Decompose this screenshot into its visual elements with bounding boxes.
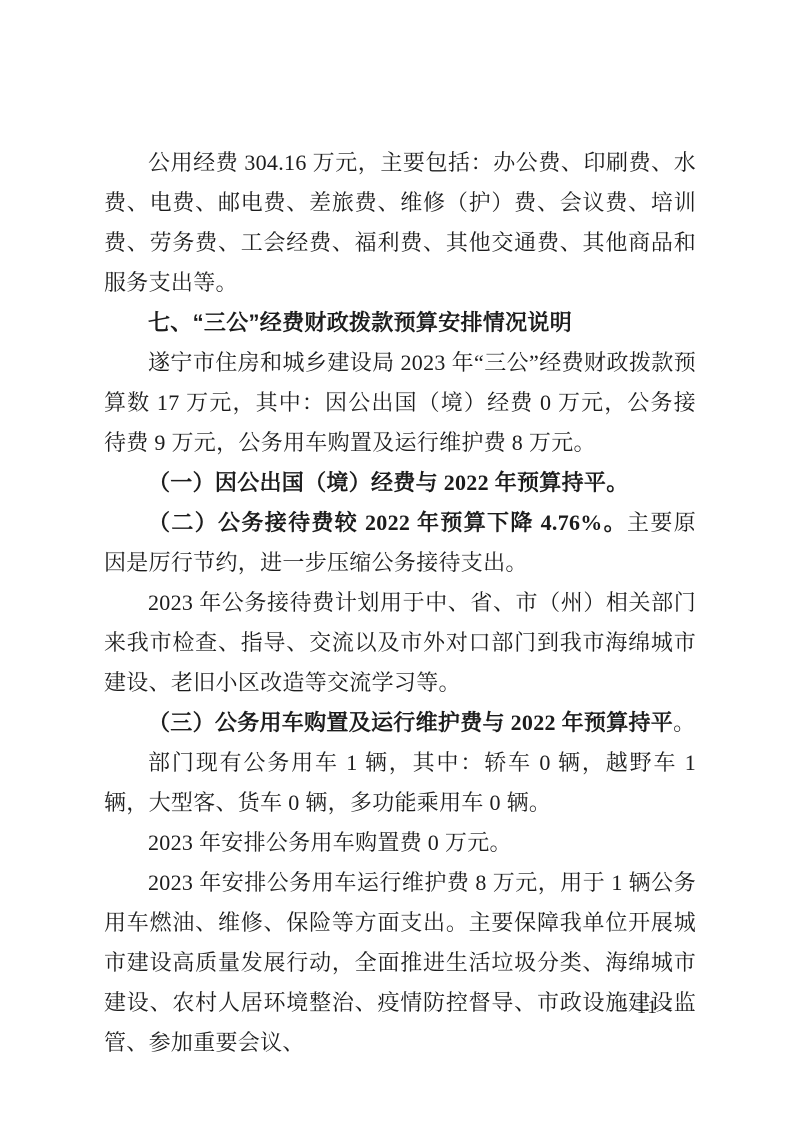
- subheading-item2-reception-bold: （二）公务接待费较 2022 年预算下降 4.76%。: [148, 510, 627, 535]
- item3-period: 。: [673, 710, 695, 735]
- paragraph-budget-overview: 遂宁市住房和城乡建设局 2023 年“三公”经费财政拨款预算数 17 万元，其中…: [104, 343, 696, 463]
- paragraph-reception-usage: 2023 年公务接待费计划用于中、省、市（州）相关部门来我市检查、指导、交流以及…: [104, 583, 696, 703]
- paragraph-vehicle-purchase: 2023 年安排公务用车购置费 0 万元。: [104, 823, 696, 863]
- page-footer: - 11 -: [104, 996, 696, 1020]
- subheading-item3-vehicle-bold: （三）公务用车购置及运行维护费与 2022 年预算持平: [148, 710, 673, 735]
- document-page: 公用经费 304.16 万元，主要包括：办公费、印刷费、水费、电费、邮电费、差旅…: [0, 0, 793, 1122]
- paragraph-item2-reception: （二）公务接待费较 2022 年预算下降 4.76%。主要原因是厉行节约，进一步…: [104, 503, 696, 583]
- paragraph-item3-vehicle-heading: （三）公务用车购置及运行维护费与 2022 年预算持平。: [104, 703, 696, 743]
- page-number: - 11 -: [622, 997, 674, 1018]
- subheading-item1-abroad-expenses: （一）因公出国（境）经费与 2022 年预算持平。: [104, 463, 696, 503]
- paragraph-public-funds: 公用经费 304.16 万元，主要包括：办公费、印刷费、水费、电费、邮电费、差旅…: [104, 143, 696, 303]
- document-body: 公用经费 304.16 万元，主要包括：办公费、印刷费、水费、电费、邮电费、差旅…: [104, 143, 696, 1063]
- section-heading-three-public-expenses: 七、“三公”经费财政拨款预算安排情况说明: [104, 303, 696, 343]
- paragraph-vehicle-maintenance: 2023 年安排公务用车运行维护费 8 万元，用于 1 辆公务用车燃油、维修、保…: [104, 863, 696, 1063]
- paragraph-vehicle-fleet: 部门现有公务用车 1 辆，其中：轿车 0 辆，越野车 1 辆，大型客、货车 0 …: [104, 743, 696, 823]
